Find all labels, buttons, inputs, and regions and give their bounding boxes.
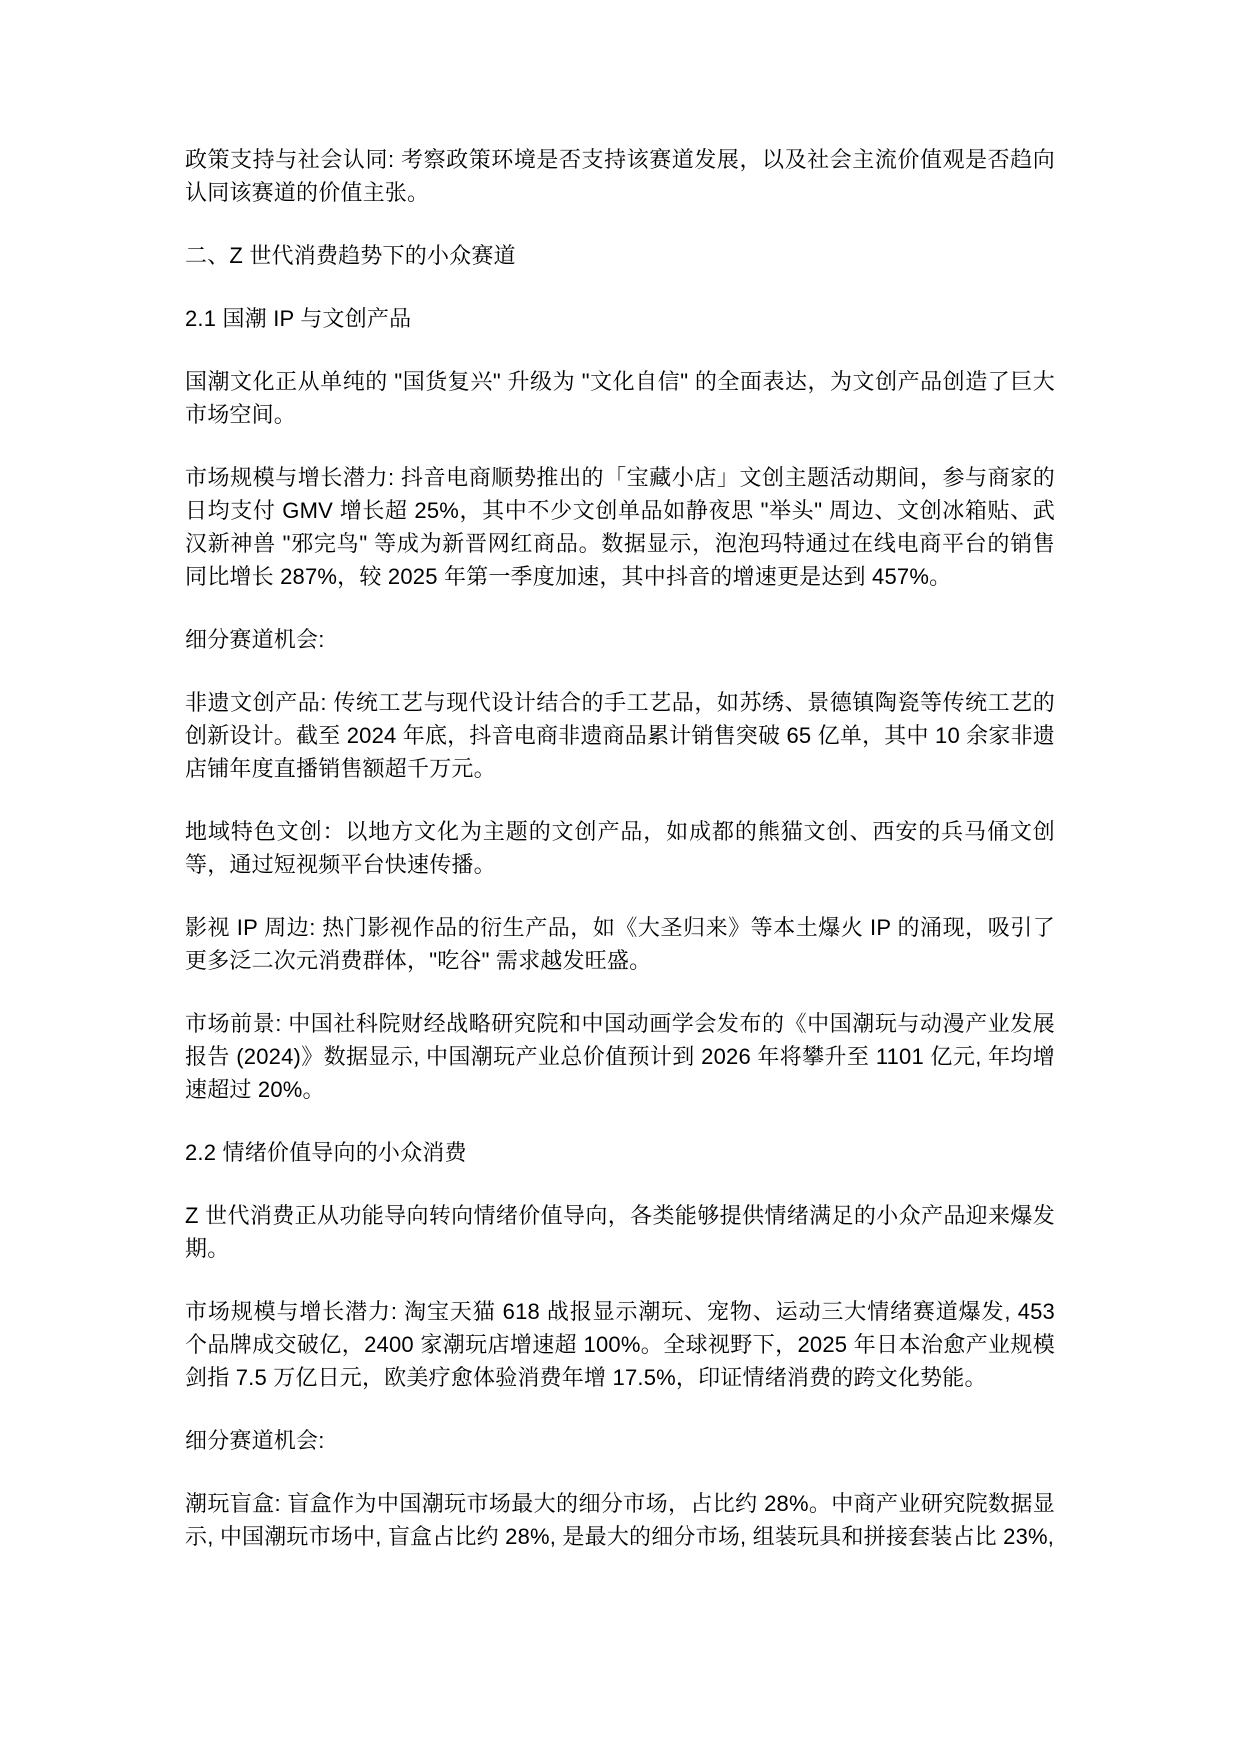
document-page: 政策支持与社会认同: 考察政策环境是否支持该赛道发展，以及社会主流价值观是否趋向… (0, 0, 1240, 1752)
section-heading: 2.1 国潮 IP 与文创产品 (185, 302, 1055, 335)
section-heading: 二、Z 世代消费趋势下的小众赛道 (185, 239, 1055, 272)
paragraph: Z 世代消费正从功能导向转向情绪价值导向，各类能够提供情绪满足的小众产品迎来爆发… (185, 1199, 1055, 1265)
paragraph: 影视 IP 周边: 热门影视作品的衍生产品，如《大圣归来》等本土爆火 IP 的涌… (185, 911, 1055, 977)
paragraph: 市场规模与增长潜力: 淘宝天猫 618 战报显示潮玩、宠物、运动三大情绪赛道爆发… (185, 1295, 1055, 1394)
document-body: 政策支持与社会认同: 考察政策环境是否支持该赛道发展，以及社会主流价值观是否趋向… (185, 143, 1055, 1553)
paragraph: 地域特色文创：以地方文化为主题的文创产品，如成都的熊猫文创、西安的兵马俑文创等，… (185, 815, 1055, 881)
paragraph: 细分赛道机会: (185, 623, 1055, 656)
paragraph: 政策支持与社会认同: 考察政策环境是否支持该赛道发展，以及社会主流价值观是否趋向… (185, 143, 1055, 209)
paragraph: 潮玩盲盒: 盲盒作为中国潮玩市场最大的细分市场，占比约 28%。中商产业研究院数… (185, 1487, 1055, 1553)
paragraph: 市场前景: 中国社科院财经战略研究院和中国动画学会发布的《中国潮玩与动漫产业发展… (185, 1007, 1055, 1106)
paragraph: 国潮文化正从单纯的 "国货复兴" 升级为 "文化自信" 的全面表达，为文创产品创… (185, 365, 1055, 431)
section-heading: 2.2 情绪价值导向的小众消费 (185, 1136, 1055, 1169)
paragraph: 非遗文创产品: 传统工艺与现代设计结合的手工艺品，如苏绣、景德镇陶瓷等传统工艺的… (185, 686, 1055, 785)
paragraph: 细分赛道机会: (185, 1424, 1055, 1457)
paragraph: 市场规模与增长潜力: 抖音电商顺势推出的「宝藏小店」文创主题活动期间，参与商家的… (185, 461, 1055, 593)
